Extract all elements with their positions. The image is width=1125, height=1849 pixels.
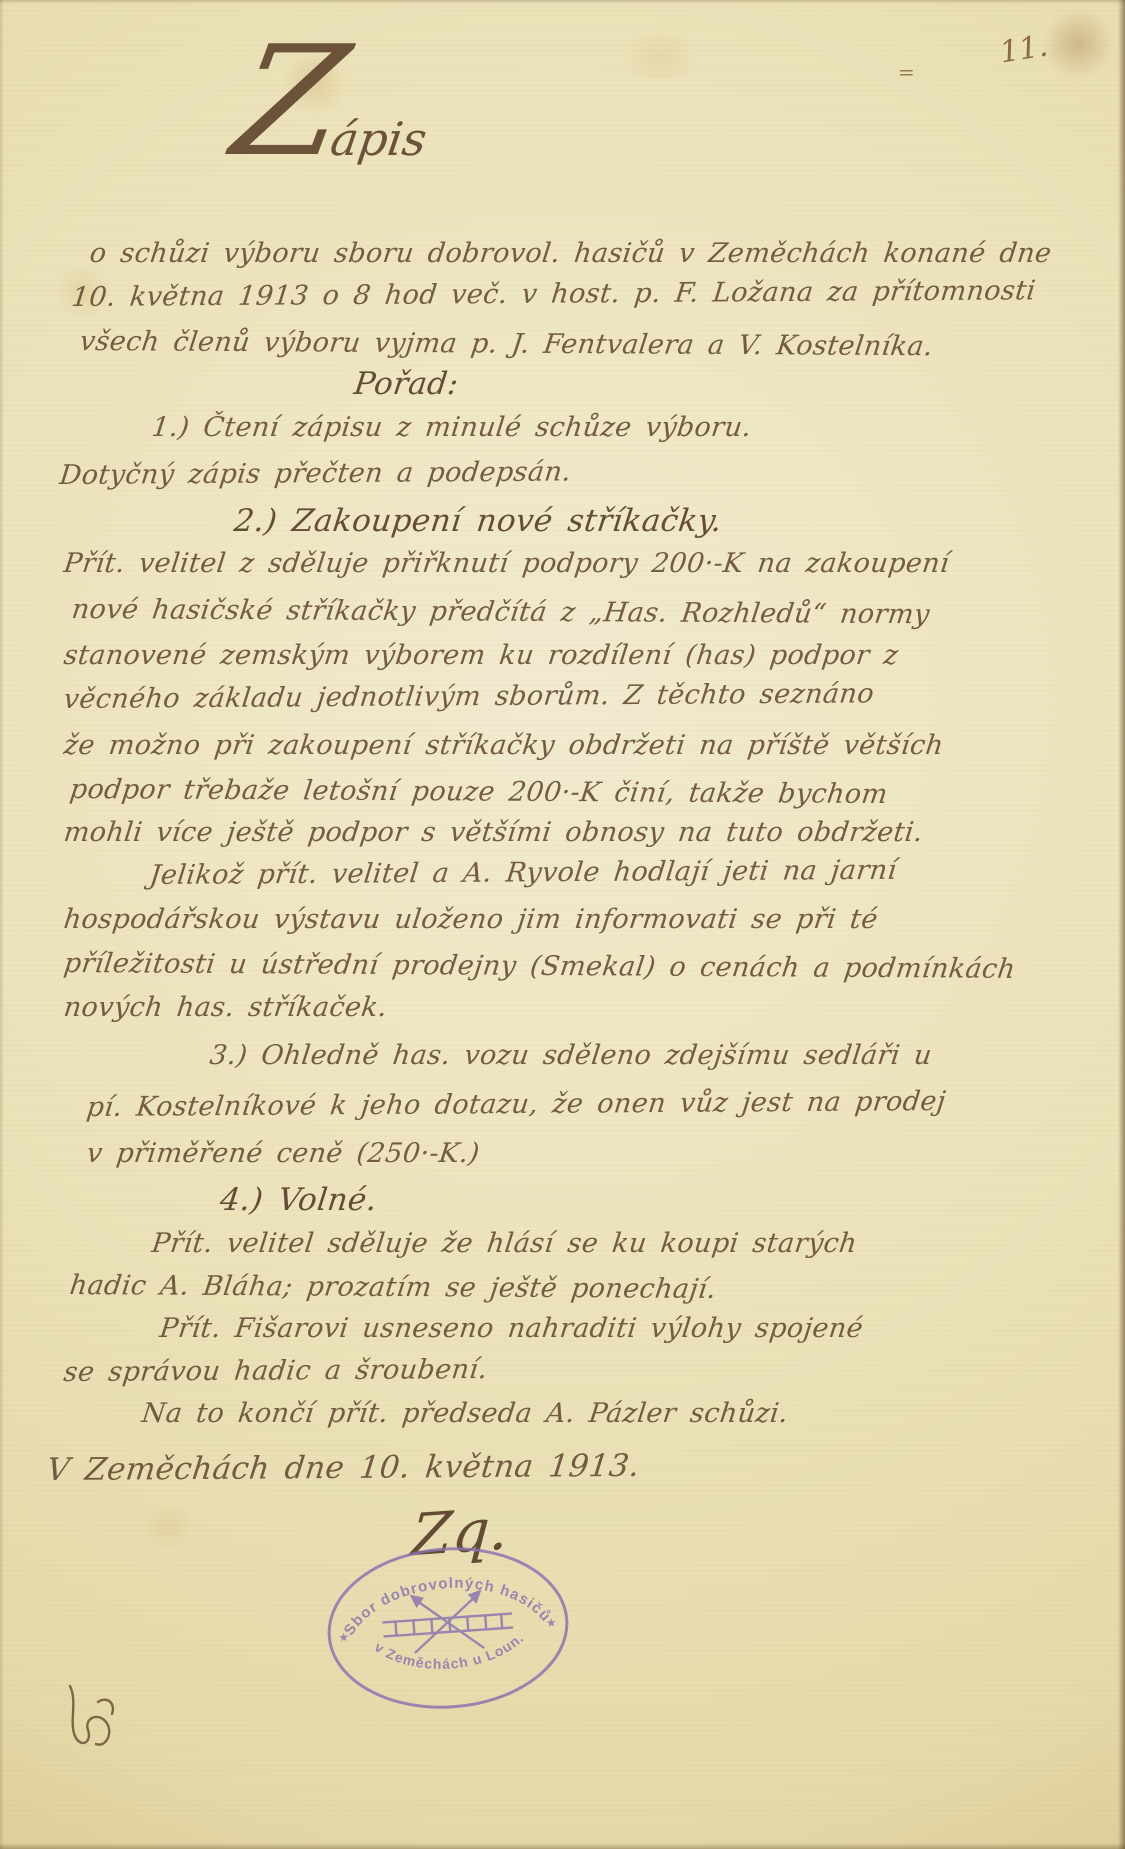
manuscript-page: 11. = Z ápis o schůzi výboru sboru dobro… [0, 0, 1125, 1849]
item-2-line: stanovené zemským výborem ku rozdílení (… [62, 640, 900, 671]
item-2-heading: 2.) Zakoupení nové stříkačky. [232, 503, 724, 539]
stamp-top-text: Sbor dobrovolných hasičů [337, 1568, 555, 1640]
item-4-line: hadic A. Bláha; prozatím se ještě ponech… [68, 1270, 718, 1305]
minutes-intro-line: o schůzi výboru sboru dobrovol. hasičů v… [88, 238, 1053, 269]
item-2-line: podpor třebaže letošní pouze 200·-K činí… [68, 774, 890, 810]
stamp-star-right: ★ [545, 1615, 557, 1630]
item-2-line: Přít. velitel z sděluje přiřknutí podpor… [62, 548, 951, 579]
rubber-stamp: Sbor dobrovolných hasičů v Zeměchách u L… [316, 1533, 579, 1722]
item-1-resolution-line: Dotyčný zápis přečten a podepsán. [58, 456, 573, 491]
dateline: V Zeměchách dne 10. května 1913. [45, 1448, 642, 1488]
item-4-line: Přít. Fišarovi usneseno nahraditi výlohy… [158, 1313, 865, 1344]
paper-stain [140, 1505, 196, 1549]
margin-initials-mark [58, 1672, 128, 1762]
minutes-intro-line: 10. května 1913 o 8 hod več. v host. p. … [70, 275, 1037, 313]
stamp-star-left: ★ [338, 1630, 350, 1645]
page-edge-shadow [0, 0, 1125, 4]
closing-line: Na to končí přít. předseda A. Pázler sch… [140, 1398, 790, 1429]
page-title: Z ápis [238, 26, 425, 178]
page-edge-shadow [1118, 0, 1125, 1849]
item-2-resolution-line: Jelikož přít. velitel a A. Ryvole hodlaj… [148, 855, 898, 891]
svg-text:Sbor dobrovolných hasičů: Sbor dobrovolných hasičů [337, 1568, 555, 1640]
item-1-line: 1.) Čtení zápisu z minulé schůze výboru. [150, 412, 753, 443]
item-4-heading: 4.) Volné. [218, 1182, 379, 1218]
item-2-line: nové hasičské stříkačky předčítá z „Has.… [70, 594, 932, 630]
minutes-intro-line: všech členů výboru vyjma p. J. Fentvaler… [78, 326, 935, 362]
item-2-resolution-line: nových has. stříkaček. [62, 992, 389, 1023]
title-rest: ápis [325, 116, 429, 178]
agenda-heading: Pořad: [352, 366, 461, 402]
stray-mark: = [898, 60, 915, 84]
page-edge-shadow [0, 0, 4, 1849]
item-2-line: že možno při zakoupení stříkačky obdržet… [62, 730, 945, 761]
item-3-line: pí. Kostelníkové k jeho dotazu, že onen … [85, 1086, 947, 1123]
item-2-resolution-line: hospodářskou výstavu uloženo jim informo… [62, 904, 880, 935]
item-2-resolution-line: příležitosti u ústřední prodejny (Smekal… [62, 948, 1017, 985]
page-number: 11. [998, 28, 1051, 70]
item-4-line: Přít. velitel sděluje že hlásí se ku kou… [150, 1228, 859, 1259]
paper-stain [1040, 8, 1116, 80]
item-3-line: v přiměřené ceně (250·-K.) [85, 1138, 481, 1169]
paper-stain [612, 36, 708, 78]
item-2-line: věcného základu jednotlivým sborům. Z tě… [62, 678, 876, 715]
item-2-line: mohli více ještě podpor s většími obnosy… [62, 817, 925, 848]
item-4-line: se správou hadic a šroubení. [62, 1354, 489, 1388]
item-3-line: 3.) Ohledně has. vozu sděleno zdejšímu s… [208, 1040, 934, 1071]
page-edge-shadow [0, 1843, 1125, 1849]
